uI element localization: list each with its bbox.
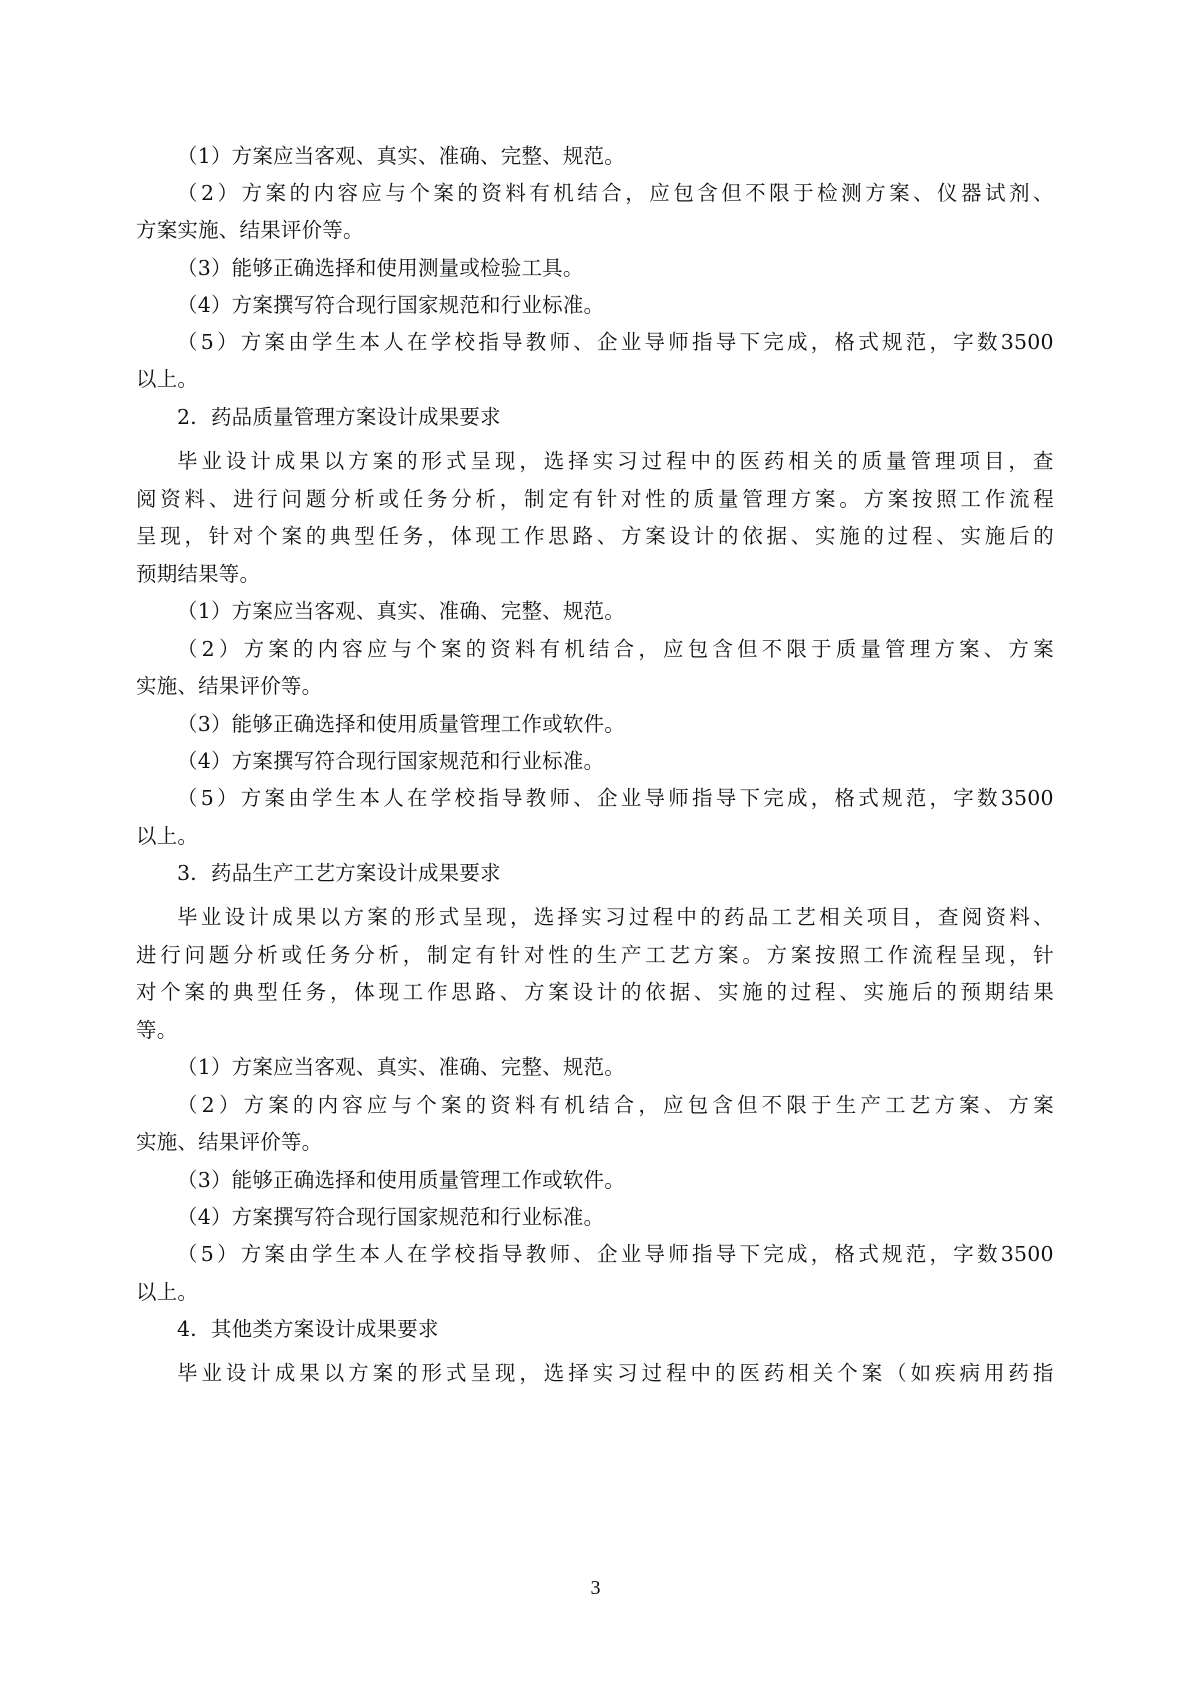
text-line: （3）能够正确选择和使用质量管理工作或软件。 bbox=[177, 1166, 625, 1194]
text-line: 预期结果等。 bbox=[136, 560, 260, 588]
line-text: （3）能够正确选择和使用质量管理工作或软件。 bbox=[177, 1168, 625, 1192]
justified-text: 毕业设计成果以方案的形式呈现，选择实习过程中的医药相关的质量管理项目，查 bbox=[177, 447, 1054, 475]
text-line: 毕业设计成果以方案的形式呈现，选择实习过程中的药品工艺相关项目，查阅资料、 bbox=[177, 903, 1054, 931]
text-line: （4）方案撰写符合现行国家规范和行业标准。 bbox=[177, 291, 604, 319]
text-line: （5）方案由学生本人在学校指导教师、企业导师指导下完成，格式规范，字数3500 bbox=[177, 328, 1054, 356]
page-number: 3 bbox=[0, 1577, 1191, 1600]
text-line: 等。 bbox=[136, 1016, 177, 1044]
justified-text: 毕业设计成果以方案的形式呈现，选择实习过程中的药品工艺相关项目，查阅资料、 bbox=[177, 903, 1054, 931]
line-text: （3）能够正确选择和使用质量管理工作或软件。 bbox=[177, 712, 625, 736]
text-line: （4）方案撰写符合现行国家规范和行业标准。 bbox=[177, 747, 604, 775]
text-line: （1）方案应当客观、真实、准确、完整、规范。 bbox=[177, 1053, 625, 1081]
text-line: 阅资料、进行问题分析或任务分析，制定有针对性的质量管理方案。方案按照工作流程 bbox=[136, 485, 1054, 513]
line-text: （4）方案撰写符合现行国家规范和行业标准。 bbox=[177, 293, 604, 317]
justified-text: （2）方案的内容应与个案的资料有机结合，应包含但不限于检测方案、仪器试剂、 bbox=[177, 179, 1054, 207]
line-text: 方案实施、结果评价等。 bbox=[136, 218, 364, 242]
justified-text: 进行问题分析或任务分析，制定有针对性的生产工艺方案。方案按照工作流程呈现，针 bbox=[136, 941, 1054, 969]
text-line: （1）方案应当客观、真实、准确、完整、规范。 bbox=[177, 142, 625, 170]
justified-text: （5）方案由学生本人在学校指导教师、企业导师指导下完成，格式规范，字数3500 bbox=[177, 784, 1054, 812]
justified-text: （5）方案由学生本人在学校指导教师、企业导师指导下完成，格式规范，字数3500 bbox=[177, 328, 1054, 356]
text-line: 方案实施、结果评价等。 bbox=[136, 216, 364, 244]
text-line: 进行问题分析或任务分析，制定有针对性的生产工艺方案。方案按照工作流程呈现，针 bbox=[136, 941, 1054, 969]
line-text: （1）方案应当客观、真实、准确、完整、规范。 bbox=[177, 144, 625, 168]
justified-text: （2）方案的内容应与个案的资料有机结合，应包含但不限于质量管理方案、方案 bbox=[177, 635, 1054, 663]
justified-text: 对个案的典型任务，体现工作思路、方案设计的依据、实施的过程、实施后的预期结果 bbox=[136, 978, 1054, 1006]
justified-text: （5）方案由学生本人在学校指导教师、企业导师指导下完成，格式规范，字数3500 bbox=[177, 1240, 1054, 1268]
line-text: 实施、结果评价等。 bbox=[136, 1130, 322, 1154]
section-heading: 3．药品生产工艺方案设计成果要求 bbox=[177, 859, 501, 887]
line-text: （4）方案撰写符合现行国家规范和行业标准。 bbox=[177, 749, 604, 773]
line-text: 预期结果等。 bbox=[136, 562, 260, 586]
text-line: 呈现，针对个案的典型任务，体现工作思路、方案设计的依据、实施的过程、实施后的 bbox=[136, 522, 1054, 550]
line-text: 以上。 bbox=[136, 367, 198, 391]
line-text: 3．药品生产工艺方案设计成果要求 bbox=[177, 861, 501, 885]
text-line: （5）方案由学生本人在学校指导教师、企业导师指导下完成，格式规范，字数3500 bbox=[177, 784, 1054, 812]
text-line: （1）方案应当客观、真实、准确、完整、规范。 bbox=[177, 597, 625, 625]
line-text: （3）能够正确选择和使用测量或检验工具。 bbox=[177, 256, 584, 280]
section-heading: 2．药品质量管理方案设计成果要求 bbox=[177, 403, 501, 431]
text-line: （2）方案的内容应与个案的资料有机结合，应包含但不限于生产工艺方案、方案 bbox=[177, 1091, 1054, 1119]
line-text: 4．其他类方案设计成果要求 bbox=[177, 1317, 439, 1341]
text-line: 以上。 bbox=[136, 365, 198, 393]
text-line: （5）方案由学生本人在学校指导教师、企业导师指导下完成，格式规范，字数3500 bbox=[177, 1240, 1054, 1268]
text-line: 实施、结果评价等。 bbox=[136, 1128, 322, 1156]
justified-text: 毕业设计成果以方案的形式呈现，选择实习过程中的医药相关个案（如疾病用药指 bbox=[177, 1359, 1054, 1387]
line-text: 等。 bbox=[136, 1018, 177, 1042]
justified-text: 阅资料、进行问题分析或任务分析，制定有针对性的质量管理方案。方案按照工作流程 bbox=[136, 485, 1054, 513]
text-line: 毕业设计成果以方案的形式呈现，选择实习过程中的医药相关的质量管理项目，查 bbox=[177, 447, 1054, 475]
justified-text: 呈现，针对个案的典型任务，体现工作思路、方案设计的依据、实施的过程、实施后的 bbox=[136, 522, 1054, 550]
line-text: 以上。 bbox=[136, 1280, 198, 1304]
text-line: 对个案的典型任务，体现工作思路、方案设计的依据、实施的过程、实施后的预期结果 bbox=[136, 978, 1054, 1006]
line-text: （1）方案应当客观、真实、准确、完整、规范。 bbox=[177, 599, 625, 623]
text-line: （2）方案的内容应与个案的资料有机结合，应包含但不限于检测方案、仪器试剂、 bbox=[177, 179, 1054, 207]
line-text: （4）方案撰写符合现行国家规范和行业标准。 bbox=[177, 1205, 604, 1229]
text-line: （2）方案的内容应与个案的资料有机结合，应包含但不限于质量管理方案、方案 bbox=[177, 635, 1054, 663]
section-heading: 4．其他类方案设计成果要求 bbox=[177, 1315, 439, 1343]
text-line: （3）能够正确选择和使用质量管理工作或软件。 bbox=[177, 710, 625, 738]
justified-text: （2）方案的内容应与个案的资料有机结合，应包含但不限于生产工艺方案、方案 bbox=[177, 1091, 1054, 1119]
text-line: （3）能够正确选择和使用测量或检验工具。 bbox=[177, 254, 584, 282]
line-text: （1）方案应当客观、真实、准确、完整、规范。 bbox=[177, 1055, 625, 1079]
line-text: 以上。 bbox=[136, 824, 198, 848]
text-line: 以上。 bbox=[136, 1278, 198, 1306]
line-text: 2．药品质量管理方案设计成果要求 bbox=[177, 405, 501, 429]
text-line: （4）方案撰写符合现行国家规范和行业标准。 bbox=[177, 1203, 604, 1231]
line-text: 实施、结果评价等。 bbox=[136, 674, 322, 698]
text-line: 以上。 bbox=[136, 822, 198, 850]
text-line: 毕业设计成果以方案的形式呈现，选择实习过程中的医药相关个案（如疾病用药指 bbox=[177, 1359, 1054, 1387]
text-line: 实施、结果评价等。 bbox=[136, 672, 322, 700]
